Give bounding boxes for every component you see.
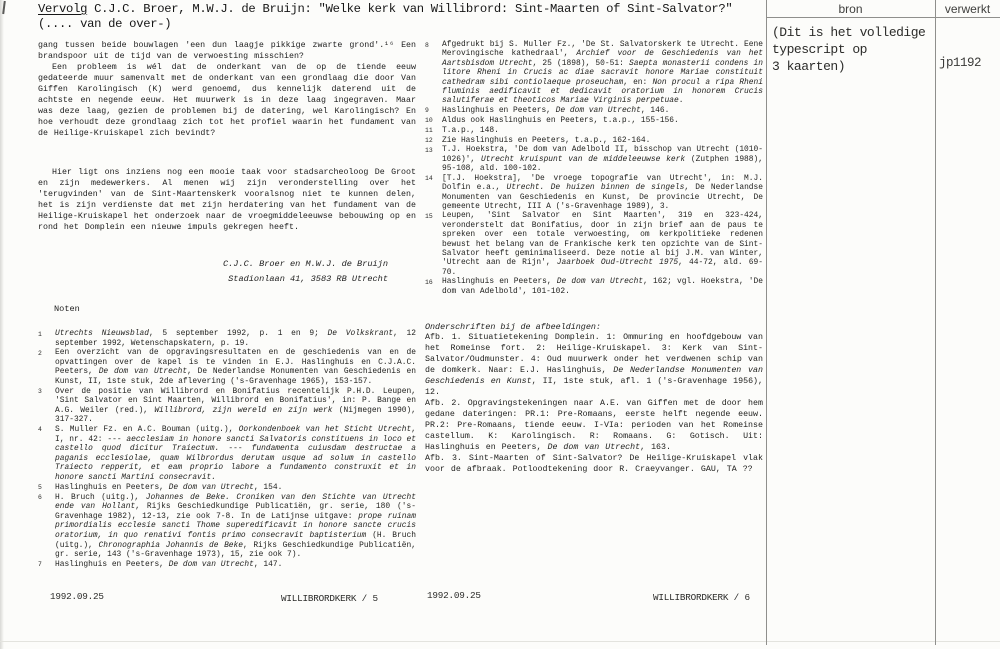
note-text: Over de positie van Willibrord en Bonifa… xyxy=(55,387,416,425)
note-text: Haslinghuis en Peeters, De dom van Utrec… xyxy=(442,106,763,115)
footer-date-left: 1992.09.25 xyxy=(50,591,104,602)
bron-annotation: (Dit is het volledige typescript op 3 ka… xyxy=(772,24,934,75)
figure-caption: Afb. 1. Situatietekening Domplein. 1: Om… xyxy=(425,332,763,398)
captions-list: Afb. 1. Situatietekening Domplein. 1: Om… xyxy=(425,332,763,475)
note-item: 5 Haslinghuis en Peeters, De dom van Utr… xyxy=(38,483,416,493)
right-text-column: 8 Afgedrukt bij S. Muller Fz., 'De St. S… xyxy=(425,40,763,475)
note-text: T.J. Hoekstra, 'De dom van Adelbold II, … xyxy=(442,145,763,173)
note-text: Leupen, 'Sint Salvator en Sint Maarten',… xyxy=(442,211,763,277)
note-text: Utrechts Nieuwsblad, 5 september 1992, p… xyxy=(55,329,416,348)
note-item: 3 Over de positie van Willibrord en Boni… xyxy=(38,387,416,425)
note-number: 5 xyxy=(38,483,55,493)
note-number: 15 xyxy=(425,211,442,221)
note-item: 15 Leupen, 'Sint Salvator en Sint Maarte… xyxy=(425,211,763,277)
captions-heading: Onderschriften bij de afbeeldingen: xyxy=(425,322,763,332)
scan-left-edge-shadow xyxy=(0,0,4,649)
scan-bottom-rule xyxy=(0,641,1000,642)
verwerkt-column-header: verwerkt xyxy=(935,2,1000,16)
note-text: S. Muller Fz. en A.C. Bouman (uitg.), Oo… xyxy=(55,425,416,483)
note-text: Afgedrukt bij S. Muller Fz., 'De St. Sal… xyxy=(442,40,763,106)
notes-list-right: 8 Afgedrukt bij S. Muller Fz., 'De St. S… xyxy=(425,40,763,296)
typescript-scan-page: Vervolg C.J.C. Broer, M.W.J. de Bruijn: … xyxy=(0,0,1000,649)
verwerkt-code: jp1192 xyxy=(939,56,981,70)
title-rest: C.J.C. Broer, M.W.J. de Bruijn: "Welke k… xyxy=(87,2,732,16)
note-number: 4 xyxy=(38,425,55,435)
note-number: 13 xyxy=(425,145,442,155)
note-item: 14 [T.J. Hoekstra], 'De vroege topografi… xyxy=(425,174,763,212)
left-text-column: gang tussen beide bouwlagen 'een dun laa… xyxy=(38,40,416,570)
panel-header-rule xyxy=(766,17,1000,18)
note-number: 8 xyxy=(425,40,442,50)
note-number: 9 xyxy=(425,106,442,116)
figure-caption: Afb. 3. Sint-Maarten of Sint-Salvator? D… xyxy=(425,453,763,475)
title-underlined-word: Vervolg xyxy=(38,2,87,16)
note-number: 11 xyxy=(425,126,442,136)
note-item: 11 T.a.p., 148. xyxy=(425,126,763,136)
note-item: 4 S. Muller Fz. en A.C. Bouman (uitg.), … xyxy=(38,425,416,483)
notes-heading: Noten xyxy=(54,304,416,314)
note-number: 10 xyxy=(425,116,442,126)
note-item: 16 Haslinghuis en Peeters, De dom van Ut… xyxy=(425,277,763,296)
note-number: 6 xyxy=(38,493,55,503)
footer-page-right: WILLIBRORDKERK / 6 xyxy=(653,592,750,603)
notes-list-left: 1 Utrechts Nieuwsblad, 5 september 1992,… xyxy=(38,329,416,570)
panel-divider-middle xyxy=(935,0,936,645)
note-number: 14 xyxy=(425,174,442,184)
note-number: 16 xyxy=(425,277,442,287)
bron-column-header: bron xyxy=(766,2,935,16)
note-item: 12 Zie Haslinghuis en Peeters, t.a.p., 1… xyxy=(425,136,763,146)
footer-page-left: WILLIBRORDKERK / 5 xyxy=(281,593,378,604)
note-number: 2 xyxy=(38,348,55,358)
panel-divider-left xyxy=(766,0,767,645)
footer-date-right: 1992.09.25 xyxy=(427,590,481,601)
document-title-line1: Vervolg C.J.C. Broer, M.W.J. de Bruijn: … xyxy=(38,2,762,17)
signature-line-address: Stadionlaan 41, 3583 RB Utrecht xyxy=(38,272,388,287)
note-item: 7 Haslinghuis en Peeters, De dom van Utr… xyxy=(38,560,416,570)
author-signature: C.J.C. Broer en M.W.J. de Bruijn Stadion… xyxy=(38,257,416,286)
body-paragraph-1: gang tussen beide bouwlagen 'een dun laa… xyxy=(38,40,416,62)
note-text: H. Bruch (uitg.), Johannes de Beke. Cron… xyxy=(55,493,416,560)
note-item: 10 Aldus ook Haslinghuis en Peeters, t.a… xyxy=(425,116,763,126)
note-number: 12 xyxy=(425,136,442,146)
note-text: T.a.p., 148. xyxy=(442,126,763,135)
note-item: 6 H. Bruch (uitg.), Johannes de Beke. Cr… xyxy=(38,493,416,560)
note-text: Haslinghuis en Peeters, De dom van Utrec… xyxy=(55,483,416,493)
note-text: Een overzicht van de opgravingsresultate… xyxy=(55,348,416,386)
note-item: 2 Een overzicht van de opgravingsresulta… xyxy=(38,348,416,386)
note-number: 1 xyxy=(38,329,55,339)
figure-caption: Afb. 2. Opgravingstekeningen naar A.E. v… xyxy=(425,398,763,453)
margin-tick-mark xyxy=(2,1,6,14)
document-title-line2: (.... van de over-) xyxy=(38,17,762,32)
body-paragraph-2: Een probleem is wél dat de onderkant van… xyxy=(38,62,416,139)
document-header: Vervolg C.J.C. Broer, M.W.J. de Bruijn: … xyxy=(38,2,762,32)
note-text: Haslinghuis en Peeters, De dom van Utrec… xyxy=(55,560,416,570)
note-number: 7 xyxy=(38,560,55,570)
note-item: 8 Afgedrukt bij S. Muller Fz., 'De St. S… xyxy=(425,40,763,106)
note-text: [T.J. Hoekstra], 'De vroege topografie v… xyxy=(442,174,763,212)
note-item: 1 Utrechts Nieuwsblad, 5 september 1992,… xyxy=(38,329,416,348)
note-item: 9 Haslinghuis en Peeters, De dom van Utr… xyxy=(425,106,763,116)
note-number: 3 xyxy=(38,387,55,397)
signature-line-authors: C.J.C. Broer en M.W.J. de Bruijn xyxy=(38,257,388,272)
body-paragraph-3: Hier ligt ons inziens nog een mooie taak… xyxy=(38,167,416,233)
note-text: Aldus ook Haslinghuis en Peeters, t.a.p.… xyxy=(442,116,763,125)
note-text: Zie Haslinghuis en Peeters, t.a.p., 162-… xyxy=(442,136,763,145)
note-text: Haslinghuis en Peeters, De dom van Utrec… xyxy=(442,277,763,296)
note-item: 13 T.J. Hoekstra, 'De dom van Adelbold I… xyxy=(425,145,763,173)
